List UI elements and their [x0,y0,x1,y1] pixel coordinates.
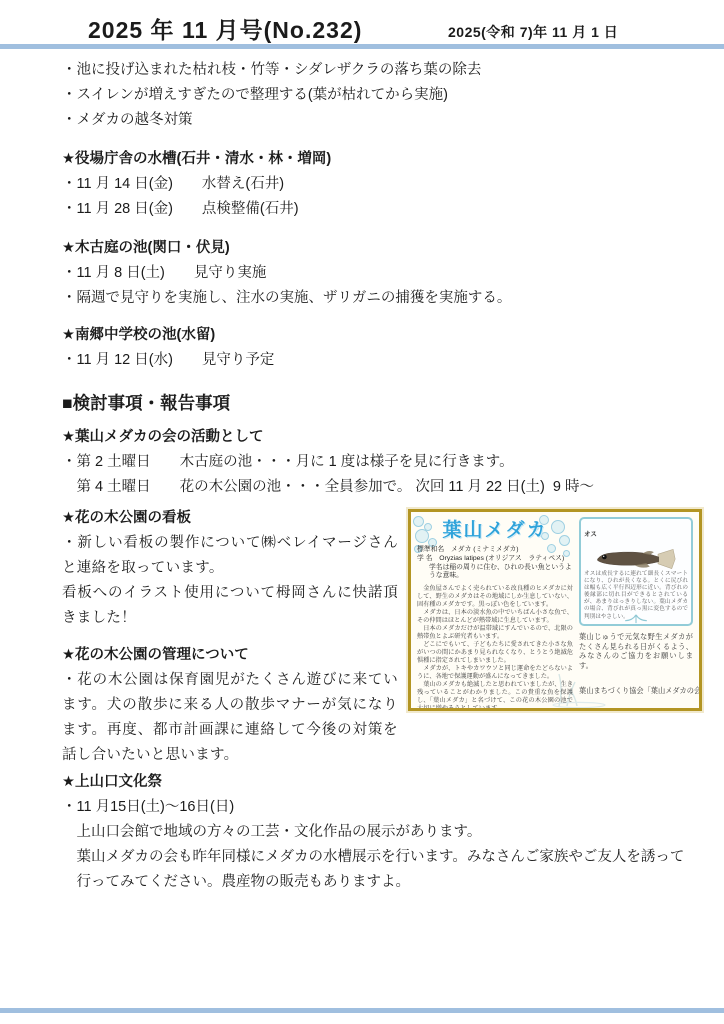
name-meaning: 学名は稲の周りに住む、ひれの長い魚というような意味。 [417,564,573,582]
schedule-line: ・11 月 12 日(水) 見守り予定 [62,348,706,373]
card-text-column: 葉山メダカ 標準和名 メダカ (ミナミメダカ) 学 名 Oryzias lati… [417,517,573,703]
card-paragraph: メダカは、日本の淡水魚の中でいちばん小さな魚で、その仲間はほとんどが熱帯域に生息… [417,609,573,625]
body-paragraph: 看板へのイラスト使用について栂岡さんに快諾頂きました！ [62,581,398,631]
card-paragraph: メダカが、トキやカワウソと同じ運命をたどらないように、各地で保護運動が盛んになっ… [417,665,573,681]
intro-line: ・メダカの越冬対策 [62,108,706,133]
body-paragraph: ・花の木公園は保育園児がたくさん遊びに来ています。犬の散歩に来る人の散歩マナーが… [62,668,398,768]
left-column: ★花の木公園の看板 ・新しい看板の製作について㈱ベレイマージさんと連絡を取ってい… [62,506,398,768]
schedule-line: ・11 月 28 日(金) 点検整備(石井) [62,197,706,222]
section-heading: ★花の木公園の看板 [62,506,398,531]
card-organization: 葉山まちづくり協会「葉山メダカの会」 [579,678,693,703]
section-heading: ★南郷中学校の池(水留) [62,323,706,348]
card-paragraph: 葉山のメダカも絶滅したと思われていましたが、生き残っていることがわかりました。こ… [417,681,573,711]
issue-title: 2025 年 11 月号(No.232) [88,12,362,45]
card-paragraph: 金魚屋さんでよく売られている改良種のヒメダカに対して、野生のメダカはその地域にし… [417,585,573,609]
card-footer-text: 葉山じゅうで元気な野生メダカがたくさん見られる日がくるよう、みなさんのご協力をお… [579,632,693,671]
intro-line: ・スイレンが増えすぎたので整理する(葉が枯れてから実施) [62,83,706,108]
card-fish-column: オス オスは成長するに連れて細長くスマートになり、ひれが長くなる。とくに尻びれは… [579,517,693,703]
card-paragraph: どこにでもいて、子どもたちに愛されてきた小さな魚がいつの間にかあまり見られなくな… [417,641,573,665]
section-park-sign: ★花の木公園の看板 ・新しい看板の製作について㈱ベレイマージさんと連絡を取ってい… [62,506,398,631]
schedule-line: 上山口会館で地域の方々の工芸・文化作品の展示があります。 [62,820,706,845]
card-name-block: 標準和名 メダカ (ミナミメダカ) 学 名 Oryzias latipes (オ… [417,546,573,581]
schedule-line: ・11 月15日(土)～16日(日) [62,795,706,820]
card-paragraphs: 金魚屋さんでよく売られている改良種のヒメダカに対して、野生のメダカはその地域にし… [417,585,573,711]
report-heading: ■検討事項・報告事項 [62,389,706,417]
section-heading: ★上山口文化祭 [62,770,706,795]
section-aquarium: ★役場庁舎の水槽(石井・清水・林・増岡) ・11 月 14 日(金) 水替え(石… [62,147,706,222]
schedule-line: ・11 月 14 日(金) 水替え(石井) [62,172,706,197]
standard-name: 標準和名 メダカ (ミナミメダカ) [417,546,573,555]
schedule-line: 第 4 土曜日 花の木公園の池・・・全員参加で。 次回 11 月 22 日(土)… [62,475,706,500]
card-paragraph: 日本のメダカだけが温帯域にすんでいるので、北限の熱帯魚とよぶ研究者もいます。 [417,625,573,641]
two-column-zone: ★花の木公園の看板 ・新しい看板の製作について㈱ベレイマージさんと連絡を取ってい… [62,506,706,770]
schedule-line: 葉山メダカの会も昨年同様にメダカの水槽展示を行います。みなさんご家族やご友人を誘… [62,845,706,870]
male-label: オス [584,522,688,547]
newsletter-page: 2025 年 11 月号(No.232) 2025(令和 7)年 11 月 1 … [0,0,724,1024]
intro-line: ・池に投げ込まれた枯れ枝・竹等・シダレザクラの落ち葉の除去 [62,58,706,83]
schedule-line: ・隔週で見守りを実施し、注水の実施、ザリガニの捕獲を実施する。 [62,286,706,311]
intro-block: ・池に投げ込まれた枯れ枝・竹等・シダレザクラの落ち葉の除去 ・スイレンが増えすぎ… [62,58,706,133]
section-park-management: ★花の木公園の管理について ・花の木公園は保育園児がたくさん遊びに来ています。犬… [62,643,398,768]
body-paragraph: ・新しい看板の製作について㈱ベレイマージさんと連絡を取っています。 [62,531,398,581]
schedule-line: ・11 月 8 日(土) 見守り実施 [62,261,706,286]
header-rule [0,44,724,49]
footer-rule [0,1008,724,1013]
scientific-name: 学 名 Oryzias latipes (オリジアス ラティペス) [417,555,573,564]
male-medaka-illustration [584,548,688,570]
schedule-line: ・第 2 土曜日 木古庭の池・・・月に 1 度は様子を見に行きます。 [62,450,706,475]
female-label: メス [584,624,688,626]
issue-date: 2025(令和 7)年 11 月 1 日 [448,22,618,42]
section-activities: ★葉山メダカの会の活動として ・第 2 土曜日 木古庭の池・・・月に 1 度は様… [62,425,706,500]
card-title: 葉山メダカ [417,518,573,543]
section-nango-school: ★南郷中学校の池(水留) ・11 月 12 日(水) 見守り予定 [62,323,706,373]
section-kokoba-pond: ★木古庭の池(関口・伏見) ・11 月 8 日(土) 見守り実施 ・隔週で見守り… [62,236,706,311]
section-heading: ★木古庭の池(関口・伏見) [62,236,706,261]
medaka-info-card: 葉山メダカ 標準和名 メダカ (ミナミメダカ) 学 名 Oryzias lati… [408,509,702,711]
schedule-line: 行ってみてください。農産物の販売もありますよ。 [62,870,706,895]
fish-ornament-frame: オス オスは成長するに連れて細長くスマートになり、ひれが長くなる。とくに尻びれは… [579,517,693,626]
section-heading: ★役場庁舎の水槽(石井・清水・林・増岡) [62,147,706,172]
section-festival: ★上山口文化祭 ・11 月15日(土)～16日(日) 上山口会館で地域の方々の工… [62,770,706,895]
section-heading: ★葉山メダカの会の活動として [62,425,706,450]
frame-ornament-icon [623,614,649,624]
section-heading: ★花の木公園の管理について [62,643,398,668]
page-body: ・池に投げ込まれた枯れ枝・竹等・シダレザクラの落ち葉の除去 ・スイレンが増えすぎ… [62,58,706,895]
